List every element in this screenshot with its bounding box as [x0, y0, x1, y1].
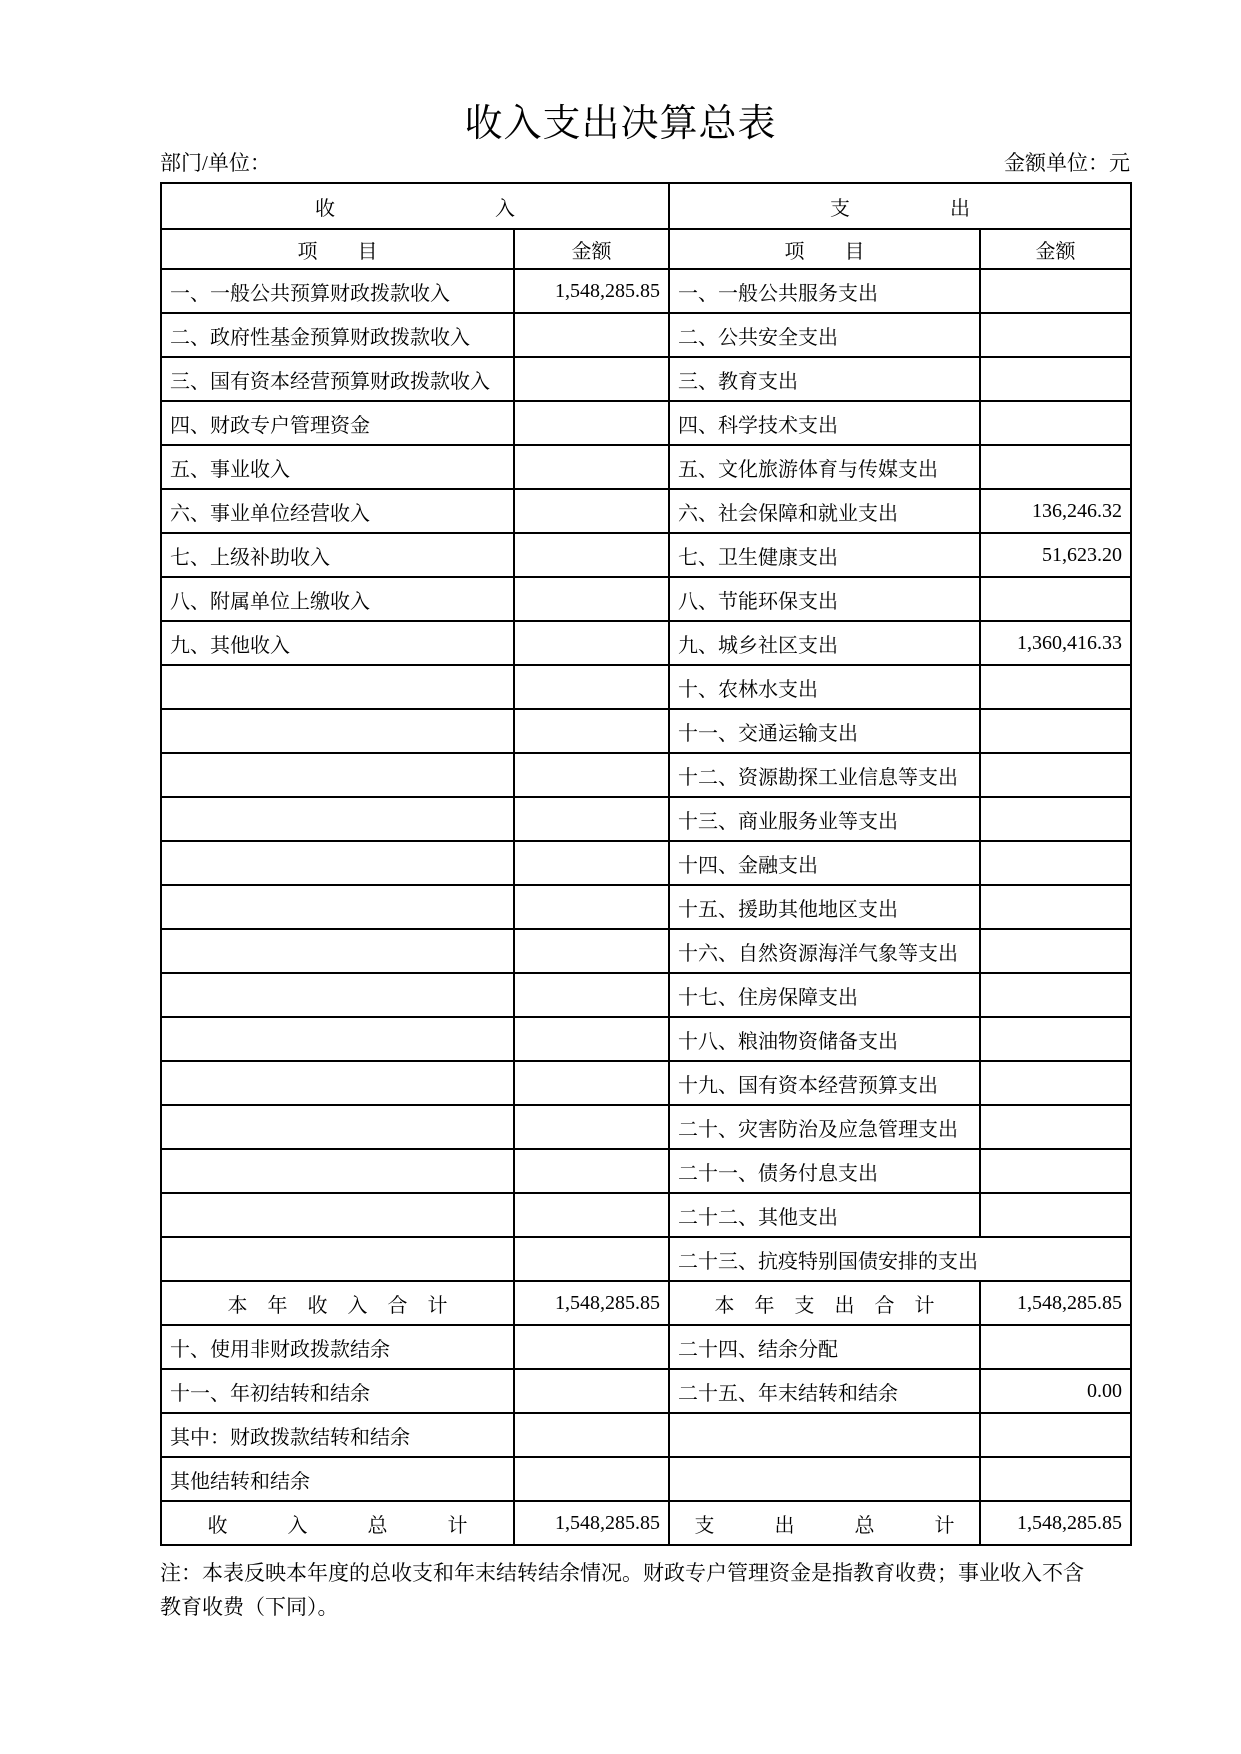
- expense-amount-cell: [980, 269, 1131, 313]
- expense-amount-cell: [980, 313, 1131, 357]
- expense-amount-cell: [980, 1149, 1131, 1193]
- income-amount-cell: [514, 1413, 669, 1457]
- table-row: 三、国有资本经营预算财政拨款收入 三、教育支出: [161, 357, 1131, 401]
- expense-item-cell: 十七、住房保障支出: [669, 973, 980, 1017]
- expense-item-cell: 二十四、结余分配: [669, 1325, 980, 1369]
- table-row: 八、附属单位上缴收入 八、节能环保支出: [161, 577, 1131, 621]
- table-row: 十八、粮油物资储备支出: [161, 1017, 1131, 1061]
- income-item-cell: 三、国有资本经营预算财政拨款收入: [161, 357, 514, 401]
- income-item-cell: [161, 797, 514, 841]
- expense-amount-cell: [980, 401, 1131, 445]
- income-item-cell: [161, 1105, 514, 1149]
- table-row: 七、上级补助收入 七、卫生健康支出 51,623.20: [161, 533, 1131, 577]
- income-amount-cell: [514, 1149, 669, 1193]
- table-row: 十九、国有资本经营预算支出: [161, 1061, 1131, 1105]
- income-amount-cell: [514, 841, 669, 885]
- expense-amount-cell: [980, 1061, 1131, 1105]
- expense-section-header: 支 出: [669, 183, 1131, 229]
- expense-item-cell: 六、社会保障和就业支出: [669, 489, 980, 533]
- income-item-cell: [161, 1237, 514, 1281]
- expense-amount-cell: [980, 1105, 1131, 1149]
- income-amount-cell: [514, 621, 669, 665]
- grand-expense-total-label: 支 出 总 计: [669, 1501, 980, 1545]
- income-amount-cell: 1,548,285.85: [514, 269, 669, 313]
- page-title: 收入支出决算总表: [0, 92, 1241, 147]
- table-row: 十三、商业服务业等支出: [161, 797, 1131, 841]
- income-amount-cell: [514, 1061, 669, 1105]
- expense-amount-cell: [980, 753, 1131, 797]
- department-label: 部门/单位：: [160, 149, 271, 177]
- income-item-cell: 其中：财政拨款结转和结余: [161, 1413, 514, 1457]
- expense-item-cell: 十八、粮油物资储备支出: [669, 1017, 980, 1061]
- summary-table: 收 入 支 出 项 目 金额 项 目 金额 一、一般公共预算财政拨款收入 1,5…: [160, 182, 1132, 1546]
- table-row: 二十、灾害防治及应急管理支出: [161, 1105, 1131, 1149]
- income-amount-cell: [514, 1193, 669, 1237]
- income-item-cell: [161, 1149, 514, 1193]
- expense-item-cell: 九、城乡社区支出: [669, 621, 980, 665]
- expense-amount-cell: [980, 885, 1131, 929]
- expense-amount-cell: 51,623.20: [980, 533, 1131, 577]
- grand-income-total-label: 收 入 总 计: [161, 1501, 514, 1545]
- income-amount-cell: [514, 973, 669, 1017]
- income-amount-cell: [514, 709, 669, 753]
- income-item-cell: 九、其他收入: [161, 621, 514, 665]
- expense-item-cell: 二、公共安全支出: [669, 313, 980, 357]
- table-row: 其他结转和结余: [161, 1457, 1131, 1501]
- table-row: 十、使用非财政拨款结余 二十四、结余分配: [161, 1325, 1131, 1369]
- table-row: 二、政府性基金预算财政拨款收入 二、公共安全支出: [161, 313, 1131, 357]
- table-row: 其中：财政拨款结转和结余: [161, 1413, 1131, 1457]
- income-section-header: 收 入: [161, 183, 669, 229]
- year-total-row: 本 年 收 入 合 计 1,548,285.85 本 年 支 出 合 计 1,5…: [161, 1281, 1131, 1325]
- footnote: 注：本表反映本年度的总收支和年末结转结余情况。财政专户管理资金是指教育收费；事业…: [160, 1556, 1140, 1624]
- income-amount-cell: [514, 313, 669, 357]
- expense-item-cell-merged: 二十三、抗疫特别国债安排的支出: [669, 1237, 1131, 1281]
- expense-amount-cell: [980, 1457, 1131, 1501]
- table-row: 六、事业单位经营收入 六、社会保障和就业支出 136,246.32: [161, 489, 1131, 533]
- document-page: 收入支出决算总表 部门/单位： 金额单位：元 收 入 支 出 项 目 金额 项 …: [0, 0, 1241, 1754]
- expense-amount-cell: [980, 1017, 1131, 1061]
- expense-item-cell: 二十一、债务付息支出: [669, 1149, 980, 1193]
- expense-amount-cell: [980, 577, 1131, 621]
- grand-income-total-amount: 1,548,285.85: [514, 1501, 669, 1545]
- income-item-cell: 八、附属单位上缴收入: [161, 577, 514, 621]
- expense-amount-cell: [980, 929, 1131, 973]
- expense-amount-cell: [980, 1413, 1131, 1457]
- table-row: 十六、自然资源海洋气象等支出: [161, 929, 1131, 973]
- income-item-cell: [161, 929, 514, 973]
- income-amount-cell: [514, 885, 669, 929]
- year-expense-total-label: 本 年 支 出 合 计: [669, 1281, 980, 1325]
- expense-item-cell: 十九、国有资本经营预算支出: [669, 1061, 980, 1105]
- expense-amount-cell: 136,246.32: [980, 489, 1131, 533]
- income-item-column-header: 项 目: [161, 229, 514, 269]
- income-amount-cell: [514, 533, 669, 577]
- income-amount-cell: [514, 797, 669, 841]
- table-row: 十、农林水支出: [161, 665, 1131, 709]
- income-amount-cell: [514, 445, 669, 489]
- expense-amount-cell: [980, 797, 1131, 841]
- footnote-line: 教育收费（下同）。: [160, 1590, 1140, 1624]
- income-item-cell: 六、事业单位经营收入: [161, 489, 514, 533]
- year-expense-total-amount: 1,548,285.85: [980, 1281, 1131, 1325]
- income-amount-column-header: 金额: [514, 229, 669, 269]
- expense-amount-cell: [980, 709, 1131, 753]
- column-header-row: 项 目 金额 项 目 金额: [161, 229, 1131, 269]
- expense-amount-cell: [980, 1193, 1131, 1237]
- expense-item-column-header: 项 目: [669, 229, 980, 269]
- expense-item-cell: 八、节能环保支出: [669, 577, 980, 621]
- table-row: 四、财政专户管理资金 四、科学技术支出: [161, 401, 1131, 445]
- income-item-cell: [161, 841, 514, 885]
- income-item-cell: 七、上级补助收入: [161, 533, 514, 577]
- expense-amount-cell: [980, 973, 1131, 1017]
- income-item-cell: 十一、年初结转和结余: [161, 1369, 514, 1413]
- expense-item-cell: 二十二、其他支出: [669, 1193, 980, 1237]
- income-item-cell: [161, 973, 514, 1017]
- expense-item-cell: 十、农林水支出: [669, 665, 980, 709]
- income-item-cell: 四、财政专户管理资金: [161, 401, 514, 445]
- income-item-cell: [161, 1061, 514, 1105]
- meta-line: 部门/单位： 金额单位：元: [160, 149, 1130, 177]
- expense-item-cell: 十六、自然资源海洋气象等支出: [669, 929, 980, 973]
- table-row: 九、其他收入 九、城乡社区支出 1,360,416.33: [161, 621, 1131, 665]
- income-amount-cell: [514, 1017, 669, 1061]
- income-item-cell: [161, 1017, 514, 1061]
- expense-amount-column-header: 金额: [980, 229, 1131, 269]
- expense-item-cell: 二十五、年末结转和结余: [669, 1369, 980, 1413]
- section-header-row: 收 入 支 出: [161, 183, 1131, 229]
- income-amount-cell: [514, 357, 669, 401]
- table-row: 十二、资源勘探工业信息等支出: [161, 753, 1131, 797]
- income-item-cell: 二、政府性基金预算财政拨款收入: [161, 313, 514, 357]
- grand-total-row: 收 入 总 计 1,548,285.85 支 出 总 计 1,548,285.8…: [161, 1501, 1131, 1545]
- table-row: 十七、住房保障支出: [161, 973, 1131, 1017]
- table-row: 二十二、其他支出: [161, 1193, 1131, 1237]
- income-item-cell: [161, 665, 514, 709]
- table-row: 一、一般公共预算财政拨款收入 1,548,285.85 一、一般公共服务支出: [161, 269, 1131, 313]
- income-amount-cell: [514, 489, 669, 533]
- income-item-cell: [161, 1193, 514, 1237]
- expense-amount-cell: [980, 1325, 1131, 1369]
- income-item-cell: [161, 885, 514, 929]
- table-row: 五、事业收入 五、文化旅游体育与传媒支出: [161, 445, 1131, 489]
- income-amount-cell: [514, 1237, 669, 1281]
- income-amount-cell: [514, 1369, 669, 1413]
- income-item-cell: 五、事业收入: [161, 445, 514, 489]
- income-item-cell: 十、使用非财政拨款结余: [161, 1325, 514, 1369]
- table-row: 二十三、抗疫特别国债安排的支出: [161, 1237, 1131, 1281]
- expense-item-cell: 一、一般公共服务支出: [669, 269, 980, 313]
- income-amount-cell: [514, 577, 669, 621]
- expense-item-cell: [669, 1457, 980, 1501]
- expense-item-cell: 七、卫生健康支出: [669, 533, 980, 577]
- expense-item-cell: 四、科学技术支出: [669, 401, 980, 445]
- expense-item-cell: 二十、灾害防治及应急管理支出: [669, 1105, 980, 1149]
- expense-item-cell: 十五、援助其他地区支出: [669, 885, 980, 929]
- expense-amount-cell: 1,360,416.33: [980, 621, 1131, 665]
- income-amount-cell: [514, 753, 669, 797]
- table-row: 十一、年初结转和结余 二十五、年末结转和结余 0.00: [161, 1369, 1131, 1413]
- table-row: 十一、交通运输支出: [161, 709, 1131, 753]
- table-row: 十五、援助其他地区支出: [161, 885, 1131, 929]
- income-item-cell: [161, 753, 514, 797]
- footnote-line: 注：本表反映本年度的总收支和年末结转结余情况。财政专户管理资金是指教育收费；事业…: [160, 1556, 1140, 1590]
- income-amount-cell: [514, 401, 669, 445]
- income-item-cell: 其他结转和结余: [161, 1457, 514, 1501]
- expense-amount-cell: [980, 445, 1131, 489]
- expense-amount-cell: [980, 841, 1131, 885]
- year-income-total-amount: 1,548,285.85: [514, 1281, 669, 1325]
- income-amount-cell: [514, 1105, 669, 1149]
- unit-label: 金额单位：元: [1004, 149, 1130, 177]
- year-income-total-label: 本 年 收 入 合 计: [161, 1281, 514, 1325]
- expense-item-cell: 十四、金融支出: [669, 841, 980, 885]
- income-amount-cell: [514, 1325, 669, 1369]
- income-item-cell: [161, 709, 514, 753]
- income-amount-cell: [514, 665, 669, 709]
- expense-item-cell: [669, 1413, 980, 1457]
- expense-item-cell: 五、文化旅游体育与传媒支出: [669, 445, 980, 489]
- expense-item-cell: 三、教育支出: [669, 357, 980, 401]
- income-amount-cell: [514, 929, 669, 973]
- income-amount-cell: [514, 1457, 669, 1501]
- expense-amount-cell: [980, 357, 1131, 401]
- grand-expense-total-amount: 1,548,285.85: [980, 1501, 1131, 1545]
- expense-item-cell: 十三、商业服务业等支出: [669, 797, 980, 841]
- table-row: 十四、金融支出: [161, 841, 1131, 885]
- expense-item-cell: 十一、交通运输支出: [669, 709, 980, 753]
- expense-item-cell: 十二、资源勘探工业信息等支出: [669, 753, 980, 797]
- expense-amount-cell: [980, 665, 1131, 709]
- income-item-cell: 一、一般公共预算财政拨款收入: [161, 269, 514, 313]
- table-row: 二十一、债务付息支出: [161, 1149, 1131, 1193]
- expense-amount-cell: 0.00: [980, 1369, 1131, 1413]
